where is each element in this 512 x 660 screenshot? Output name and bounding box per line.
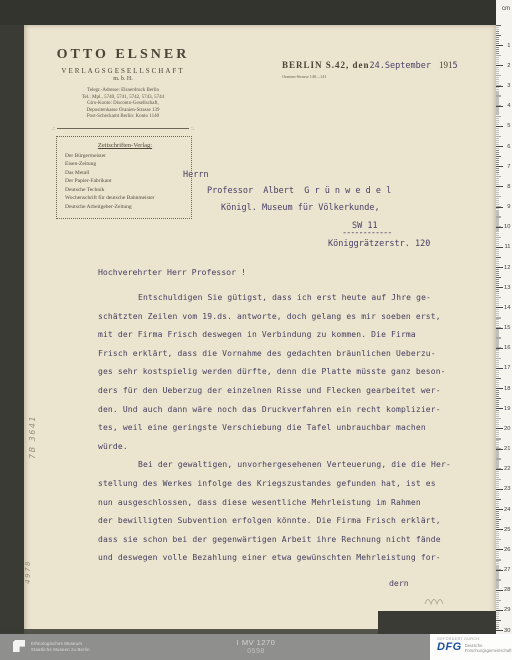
journal-item: Das Metall <box>65 170 185 177</box>
dateline-year-typed: 5 <box>452 61 457 71</box>
scan-viewer: OTTO ELSNER VERLAGSGESELLSCHAFT m. b. H.… <box>0 0 512 660</box>
letterhead-contact-lines: Telegr.-Adresse: Elsnerdruck Berlin Tel.… <box>42 88 204 121</box>
ruler-tick <box>496 610 503 611</box>
ruler-mark-label: 19 <box>504 406 510 412</box>
scan-background-corner <box>378 611 496 634</box>
body-line: tes, weil eine geringste Verschiebung di… <box>98 423 478 442</box>
dfg-funding-badge: GEFÖRDERT DURCH DFG Deutsche Forschungsg… <box>430 634 512 660</box>
squiggle-icon <box>424 596 446 606</box>
ruler-mark-label: 2 <box>507 63 510 69</box>
viewer-footer-bar: Ethnologisches Museum Staatliche Museen … <box>0 634 512 660</box>
body-line: Entschuldigen Sie gütigst, dass ich erst… <box>98 293 478 312</box>
ruler-tick <box>496 86 503 87</box>
journals-box: Zeitschriften-Verlag: Der Bürgermeister … <box>56 136 192 220</box>
ruler-mark-label: 6 <box>507 144 510 150</box>
ruler-mark-label: 23 <box>504 486 510 492</box>
recipient-street: Königgrätzerstr. 120 <box>328 239 430 249</box>
dateline-year-printed: 191 <box>439 60 453 70</box>
ruler-mark-label: 27 <box>504 567 510 573</box>
ruler-tick <box>496 45 503 46</box>
ruler-tick <box>496 529 503 530</box>
body-line: ders für den Ueberzug der einzelnen Riss… <box>98 386 478 405</box>
ruler-mark-label: 26 <box>504 547 510 553</box>
ruler-tick <box>496 287 503 288</box>
ruler-unit-label: cm <box>502 6 510 12</box>
ruler-tick <box>496 267 503 268</box>
letterhead: OTTO ELSNER VERLAGSGESELLSCHAFT m. b. H.… <box>42 47 204 219</box>
ruler-mark-label: 7 <box>507 164 510 170</box>
recipient-institution: Königl. Museum für Völkerkunde, <box>221 203 380 213</box>
body-line: nun ausgeschlossen, dass diese wesentlic… <box>98 498 478 517</box>
ruler-mark-label: 22 <box>504 466 510 472</box>
body-line: ges sehr kostspielig werden dürfte, denn… <box>98 367 478 386</box>
body-line: mit der Firma Frisch deswegen in Verbind… <box>98 330 478 349</box>
rule-dots-right: :. <box>191 126 194 132</box>
ruler-tick <box>496 307 503 308</box>
ruler-mark-label: 24 <box>504 507 510 513</box>
ruler-mark-label: 21 <box>504 446 510 452</box>
cm-ruler: cm 1234567891011121314151617181920212223… <box>496 0 512 634</box>
body-line: würde. <box>98 442 478 461</box>
recipient-salutation: Herrn <box>183 170 209 180</box>
body-line: schätzten Zeilen vom 19.ds. antworte, do… <box>98 312 478 331</box>
contact-line: Depositenkasse Oranien-Strasse 139 <box>42 108 204 115</box>
ruler-tick <box>496 126 503 127</box>
dfg-logo: DFG <box>437 642 462 653</box>
ruler-mark-label: 12 <box>504 265 510 271</box>
ruler-tick <box>496 166 503 167</box>
contact-line: Tel.: Mpl., 5740, 5741, 5742, 5743, 5744 <box>42 95 204 102</box>
ruler-tick <box>496 368 503 369</box>
ruler-mark-label: 30 <box>504 628 510 634</box>
ruler-tick <box>496 186 503 187</box>
rule-dots-left: .: <box>52 126 55 132</box>
ruler-mark-label: 20 <box>504 426 510 432</box>
ruler-tick <box>496 469 503 470</box>
handwritten-number: 4978 <box>24 560 32 584</box>
decorative-rule: .: :. <box>52 126 194 132</box>
ruler-mark-label: 8 <box>507 184 510 190</box>
ruler-tick <box>496 590 503 591</box>
ruler-mark-label: 3 <box>507 83 510 89</box>
dfg-logo-row: DFG Deutsche Forschungsgemeinschaft <box>437 642 512 653</box>
ruler-mark-label: 28 <box>504 587 510 593</box>
scan-background-top <box>0 0 496 25</box>
ruler-tick <box>496 348 503 349</box>
ruler-mark-label: 14 <box>504 305 510 311</box>
journal-item: Der Bürgermeister <box>65 153 185 160</box>
ruler-tick <box>496 630 503 631</box>
dateline-city: BERLIN S.42, den <box>282 60 370 70</box>
body-line: und deswegen volle Bezahlung einer etwa … <box>98 553 478 572</box>
ruler-tick <box>496 388 503 389</box>
dateline-street: Oranien-Strasse 140—141 <box>282 74 458 79</box>
ruler-tick <box>496 207 503 208</box>
ruler-tick <box>496 328 503 329</box>
ruler-tick <box>496 146 503 147</box>
body-line: stellung des Werkes infolge des Kriegszu… <box>98 479 478 498</box>
contact-line: Telegr.-Adresse: Elsnerdruck Berlin <box>42 88 204 95</box>
ruler-tick <box>496 489 503 490</box>
ruler-tick <box>496 428 503 429</box>
journal-item: Der Papier-Fabrikant <box>65 178 185 185</box>
dateline-row: BERLIN S.42, den24.September1915 <box>282 55 458 73</box>
journal-item: Deutsche Arbeitgeber-Zeitung <box>65 204 185 211</box>
ruler-mark-label: 5 <box>507 123 510 129</box>
ruler-tick <box>496 247 503 248</box>
ruler-tick <box>496 449 503 450</box>
ruler-mark-label: 1 <box>507 43 510 49</box>
body-line: dass sie schon bei der gegenwärtigen Arb… <box>98 535 478 554</box>
ruler-mark-label: 9 <box>507 204 510 210</box>
ruler-mark-label: 17 <box>504 365 510 371</box>
journal-item: Eisen-Zeitung <box>65 161 185 168</box>
letter-salutation: Hochverehrter Herr Professor ! <box>98 267 246 277</box>
contact-line: Giro-Konto: Disconto-Gesellschaft, <box>42 101 204 108</box>
journal-item: Deutsche Technik <box>65 187 185 194</box>
dateline: BERLIN S.42, den24.September1915 Oranien… <box>282 55 458 79</box>
company-subtitle: VERLAGSGESELLSCHAFT <box>42 67 204 75</box>
rule-line <box>57 128 189 129</box>
body-line: der bewilligten Subvention erfolgen könn… <box>98 516 478 535</box>
company-legal-form: m. b. H. <box>42 76 204 82</box>
handwritten-archive-number: 7B 3641 <box>28 415 37 459</box>
body-line: den. Und auch dann wäre noch das Druckve… <box>98 405 478 424</box>
pencil-squiggle-mark <box>424 593 446 611</box>
ruler-tick <box>496 106 503 107</box>
dfg-name-line: Forschungsgemeinschaft <box>465 648 512 653</box>
ruler-mark-label: 18 <box>504 386 510 392</box>
scanned-letter-page: OTTO ELSNER VERLAGSGESELLSCHAFT m. b. H.… <box>24 25 496 634</box>
ruler-mark-label: 13 <box>504 285 510 291</box>
dateline-typed-date: 24.September <box>370 61 431 71</box>
letter-body: Entschuldigen Sie gütigst, dass ich erst… <box>98 293 478 572</box>
ruler-tick <box>496 570 503 571</box>
ruler-tick <box>496 408 503 409</box>
ruler-tick <box>496 227 503 228</box>
company-name: OTTO ELSNER <box>42 47 204 63</box>
ruler-tick <box>496 509 503 510</box>
ruler-mark-label: 16 <box>504 345 510 351</box>
journal-item: Wochenschrift für deutsche Bahnmeister <box>65 195 185 202</box>
catchword: dern <box>389 578 409 588</box>
dfg-full-name: Deutsche Forschungsgemeinschaft <box>465 643 512 653</box>
ruler-tick <box>496 65 503 66</box>
ruler-tick <box>496 549 503 550</box>
ruler-mark-label: 11 <box>504 244 510 250</box>
body-line: Frisch erklärt, dass die Vornahme des ge… <box>98 349 478 368</box>
contact-line: Post-Scheckamt Berlin: Konto 1140 <box>42 114 204 121</box>
recipient-name: Professor Albert G r ü n w e d e l <box>207 186 391 196</box>
ruler-mark-label: 25 <box>504 527 510 533</box>
body-line: Bei der gewaltigen, unvorhergesehenen Ve… <box>98 460 478 479</box>
ruler-mark-label: 4 <box>507 103 510 109</box>
ruler-mark-label: 15 <box>504 325 510 331</box>
journals-box-title: Zeitschriften-Verlag: <box>65 142 185 149</box>
recipient-dashes: ------------ <box>342 228 391 238</box>
ruler-mark-label: 29 <box>504 607 510 613</box>
ruler-mark-label: 10 <box>504 224 510 230</box>
